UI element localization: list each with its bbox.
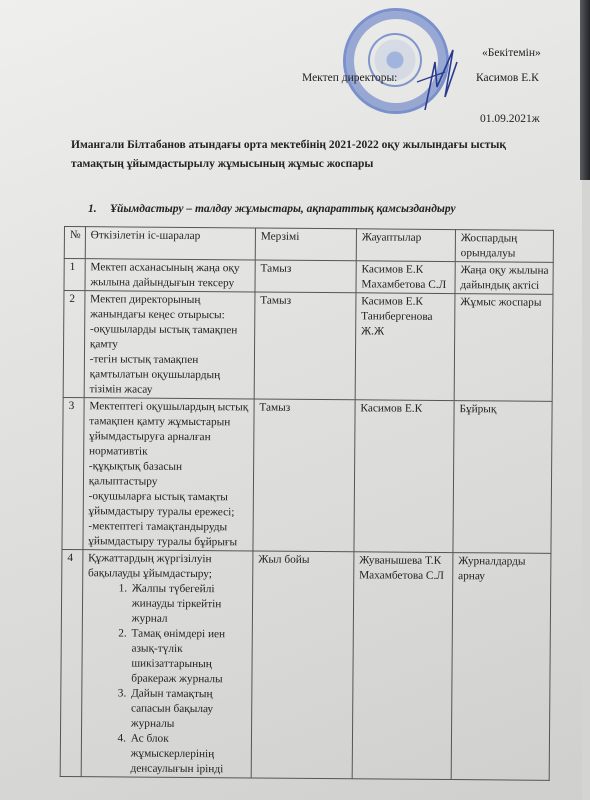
section-label: Ұйымдастыру – талдау жұмыстары, ақпаратт… xyxy=(110,203,456,215)
activity-line: -оқушыларға ыстық тамақты ұйымдастыру ту… xyxy=(88,489,248,520)
responsible-person: Касимов Е.К xyxy=(361,262,450,278)
header-number: № xyxy=(64,227,85,259)
activity-line: -тегін ыстық тамақпен қамтылатын оқушыла… xyxy=(89,352,249,398)
activity-line: Мектеп директорының жанындағы кеңес отыр… xyxy=(90,292,250,323)
row-responsible: Касимов Е.К xyxy=(354,400,454,553)
header-deadline: Мерзімі xyxy=(255,228,356,261)
header-result: Жоспардың орындалуы xyxy=(455,230,553,263)
document-page: «Бекітемін» Мектеп директоры: Касимов Е.… xyxy=(0,0,582,800)
responsible-person: Махамбетова С.Л xyxy=(359,568,448,584)
row-number: 4 xyxy=(60,549,83,776)
row-number: 1 xyxy=(64,259,85,291)
background-edge xyxy=(580,0,590,180)
activity-line: Құжаттардың жүргізілуін бақылауды ұйымда… xyxy=(88,551,248,582)
row-activity: Мектеп директорының жанындағы кеңес отыр… xyxy=(84,291,255,399)
header-responsible: Жауаптылар xyxy=(356,229,455,262)
activity-sub-item: Дайын тамақтың сапасын бақылау журналы xyxy=(129,687,247,733)
row-result: Жұмыс жоспары xyxy=(454,294,553,402)
activity-line: -оқушыларды ыстық тамақпен қамту xyxy=(90,322,250,353)
row-activity: Мектептегі оқушылардың ыстық тамақпен қа… xyxy=(83,398,254,551)
responsible-person: Касимов Е.К xyxy=(361,294,450,310)
responsible-person: Жуванышева Т.К xyxy=(359,553,448,569)
row-number: 3 xyxy=(62,397,84,549)
table-row: 2Мектеп директорының жанындағы кеңес оты… xyxy=(63,291,553,402)
responsible-person: Махамбетова С.Л xyxy=(361,277,450,293)
activity-line: -мектептегі тамақтандыруды ұйымдастыру т… xyxy=(88,519,248,550)
activity-line: Мектеп асханасының жаңа оқу жылына дайын… xyxy=(90,260,250,291)
row-responsible: Жуванышева Т.КМахамбетова С.Л xyxy=(352,552,453,780)
title-line-1: Имангали Білтабанов атындағы орта мектеб… xyxy=(71,136,551,155)
activity-sub-item: Ас блок жұмыскерлерінің денсаулығын ірін… xyxy=(128,732,246,778)
table-row: 4Құжаттардың жүргізілуін бақылауды ұйымд… xyxy=(60,549,551,780)
table-header-row: № Өткізілетін іс-шаралар Мерзімі Жауапты… xyxy=(64,227,553,263)
activity-sub-list: Жалпы түбегейлі жинауды тіркейтін журнал… xyxy=(86,581,248,777)
approval-label: «Бекітемін» xyxy=(482,47,541,59)
activity-line: -құқықтық базасын қалыптастыру xyxy=(89,459,249,490)
row-activity: Құжаттардың жүргізілуін бақылауды ұйымда… xyxy=(81,550,253,778)
title-line-2: тамақтың ұйымдастырылу жұмысының жұмыс ж… xyxy=(71,155,551,174)
director-label: Мектеп директоры: xyxy=(302,72,397,84)
responsible-person: Танибергенова Ж.Ж xyxy=(361,309,450,340)
document-title: Имангали Білтабанов атындағы орта мектеб… xyxy=(71,136,551,174)
row-result: Жаңа оқу жылына дайындық актісі xyxy=(455,262,553,295)
table-row: 1Мектеп асханасының жаңа оқу жылына дайы… xyxy=(64,259,553,295)
row-deadline: Тамыз xyxy=(254,292,356,400)
section-heading: 1.Ұйымдастыру – талдау жұмыстары, ақпара… xyxy=(88,203,456,215)
plan-table: № Өткізілетін іс-шаралар Мерзімі Жауапты… xyxy=(60,226,554,781)
header-activities: Өткізілетін іс-шаралар xyxy=(85,227,255,260)
table-row: 3Мектептегі оқушылардың ыстық тамақпен қ… xyxy=(62,397,552,553)
row-activity: Мектеп асханасының жаңа оқу жылына дайын… xyxy=(85,259,255,292)
activity-sub-item: Жалпы түбегейлі жинауды тіркейтін журнал xyxy=(130,582,248,628)
row-result: Бұйрық xyxy=(453,401,552,554)
document-date: 01.09.2021ж xyxy=(480,113,540,125)
row-deadline: Тамыз xyxy=(253,399,355,552)
row-number: 2 xyxy=(63,291,85,398)
signature-icon xyxy=(395,42,475,122)
responsible-person: Касимов Е.К xyxy=(360,401,449,417)
row-deadline: Жыл бойы xyxy=(251,551,354,779)
row-responsible: Касимов Е.КТанибергенова Ж.Ж xyxy=(355,293,455,401)
activity-line: Мектептегі оқушылардың ыстық тамақпен қа… xyxy=(89,399,250,460)
activity-sub-item: Тамақ өнімдері иен азық-түлік шикізаттар… xyxy=(129,627,248,688)
row-deadline: Тамыз xyxy=(255,260,356,293)
row-responsible: Касимов Е.КМахамбетова С.Л xyxy=(356,261,455,294)
section-number: 1. xyxy=(88,203,110,215)
row-result: Журналдарды арнау xyxy=(451,553,551,781)
director-name: Касимов Е.К xyxy=(476,72,539,84)
